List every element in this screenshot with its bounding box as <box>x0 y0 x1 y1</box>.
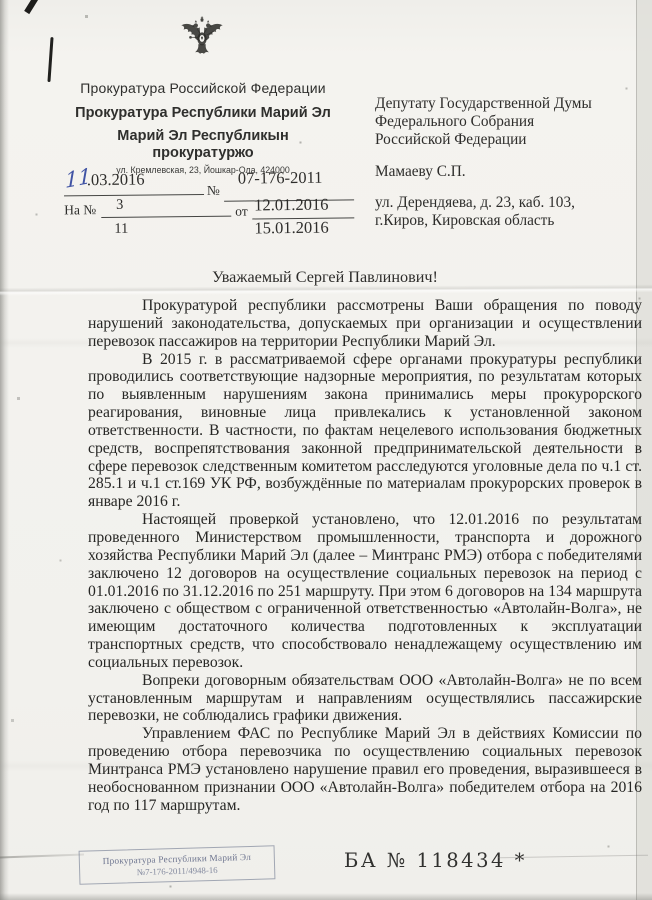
letterhead-org-name: Прокуратура Республики Марий Эл <box>48 105 358 121</box>
reply-date-1: 12.01.2016 <box>254 195 328 216</box>
recipient-address-line: г.Киров, Кировская область <box>375 212 647 230</box>
reply-number-2: 11 <box>114 221 128 238</box>
recipient-address-line: ул. Дерендяева, д. 23, каб. 103, <box>375 194 647 212</box>
recipient-block: Депутату Государственной Думы Федерально… <box>375 95 647 230</box>
recipient-title-line: Депутату Государственной Думы <box>375 95 647 113</box>
letterhead-org-name-mari-2: прокуратуржо <box>48 145 358 161</box>
blank-form-serial-number: БА № 118434 * <box>344 849 527 872</box>
reference-block: 11 .03.2016 № 07-176-2011 На № 3 от 12.0… <box>0 0 400 2</box>
handwritten-pen-stroke <box>47 37 53 82</box>
reply-date-2: 15.01.2016 <box>254 218 328 239</box>
typed-date: .03.2016 <box>87 170 145 191</box>
recipient-name: Мамаеву С.П. <box>375 163 647 181</box>
registration-stamp-org: Прокуратура Республики Марий Эл <box>103 852 252 866</box>
scan-corner-mark <box>24 0 40 14</box>
body-paragraph: Прокуратурой республики рассмотрены Ваши… <box>88 297 642 351</box>
form-underline <box>101 216 231 218</box>
body-paragraph: Вопреки договорным обязательствам ООО «А… <box>88 672 642 726</box>
registration-stamp: Прокуратура Республики Марий Эл №7-176-2… <box>79 845 276 884</box>
reply-number-1: 3 <box>116 197 123 214</box>
body-paragraph: Управлением ФАС по Республике Марий Эл в… <box>88 725 642 814</box>
scan-dust-specks <box>0 0 1 1</box>
letterhead-org-name-mari-1: Марий Эл Республикын <box>48 128 358 144</box>
letterhead: Прокуратура Российской Федерации Прокура… <box>48 80 358 175</box>
body-paragraph: Настоящей проверкой установлено, что 12.… <box>88 511 642 672</box>
letter-body: Прокуратурой республики рассмотрены Ваши… <box>88 297 642 814</box>
body-paragraph: В 2015 г. в рассматриваемой сфере органа… <box>88 351 642 512</box>
reply-label: На № <box>64 202 96 218</box>
letterhead-parent-org: Прокуратура Российской Федерации <box>48 80 358 96</box>
outgoing-number: 07-176-2011 <box>238 168 323 189</box>
coat-of-arms-double-headed-eagle-icon <box>179 14 225 66</box>
from-label: от <box>235 204 248 220</box>
registration-stamp-number: №7-176-2011/4948-16 <box>137 864 218 876</box>
form-underline <box>64 194 204 196</box>
number-label: № <box>207 183 220 199</box>
recipient-title-line: Федерального Собрания <box>375 113 647 131</box>
scan-edge-bottom <box>0 893 652 900</box>
recipient-title-line: Российской Федерации <box>375 131 647 149</box>
paper-crease-bottom <box>0 854 84 859</box>
scanned-letter-page: Прокуратура Российской Федерации Прокура… <box>0 0 652 900</box>
salutation: Уважаемый Сергей Павлинович! <box>50 268 600 287</box>
